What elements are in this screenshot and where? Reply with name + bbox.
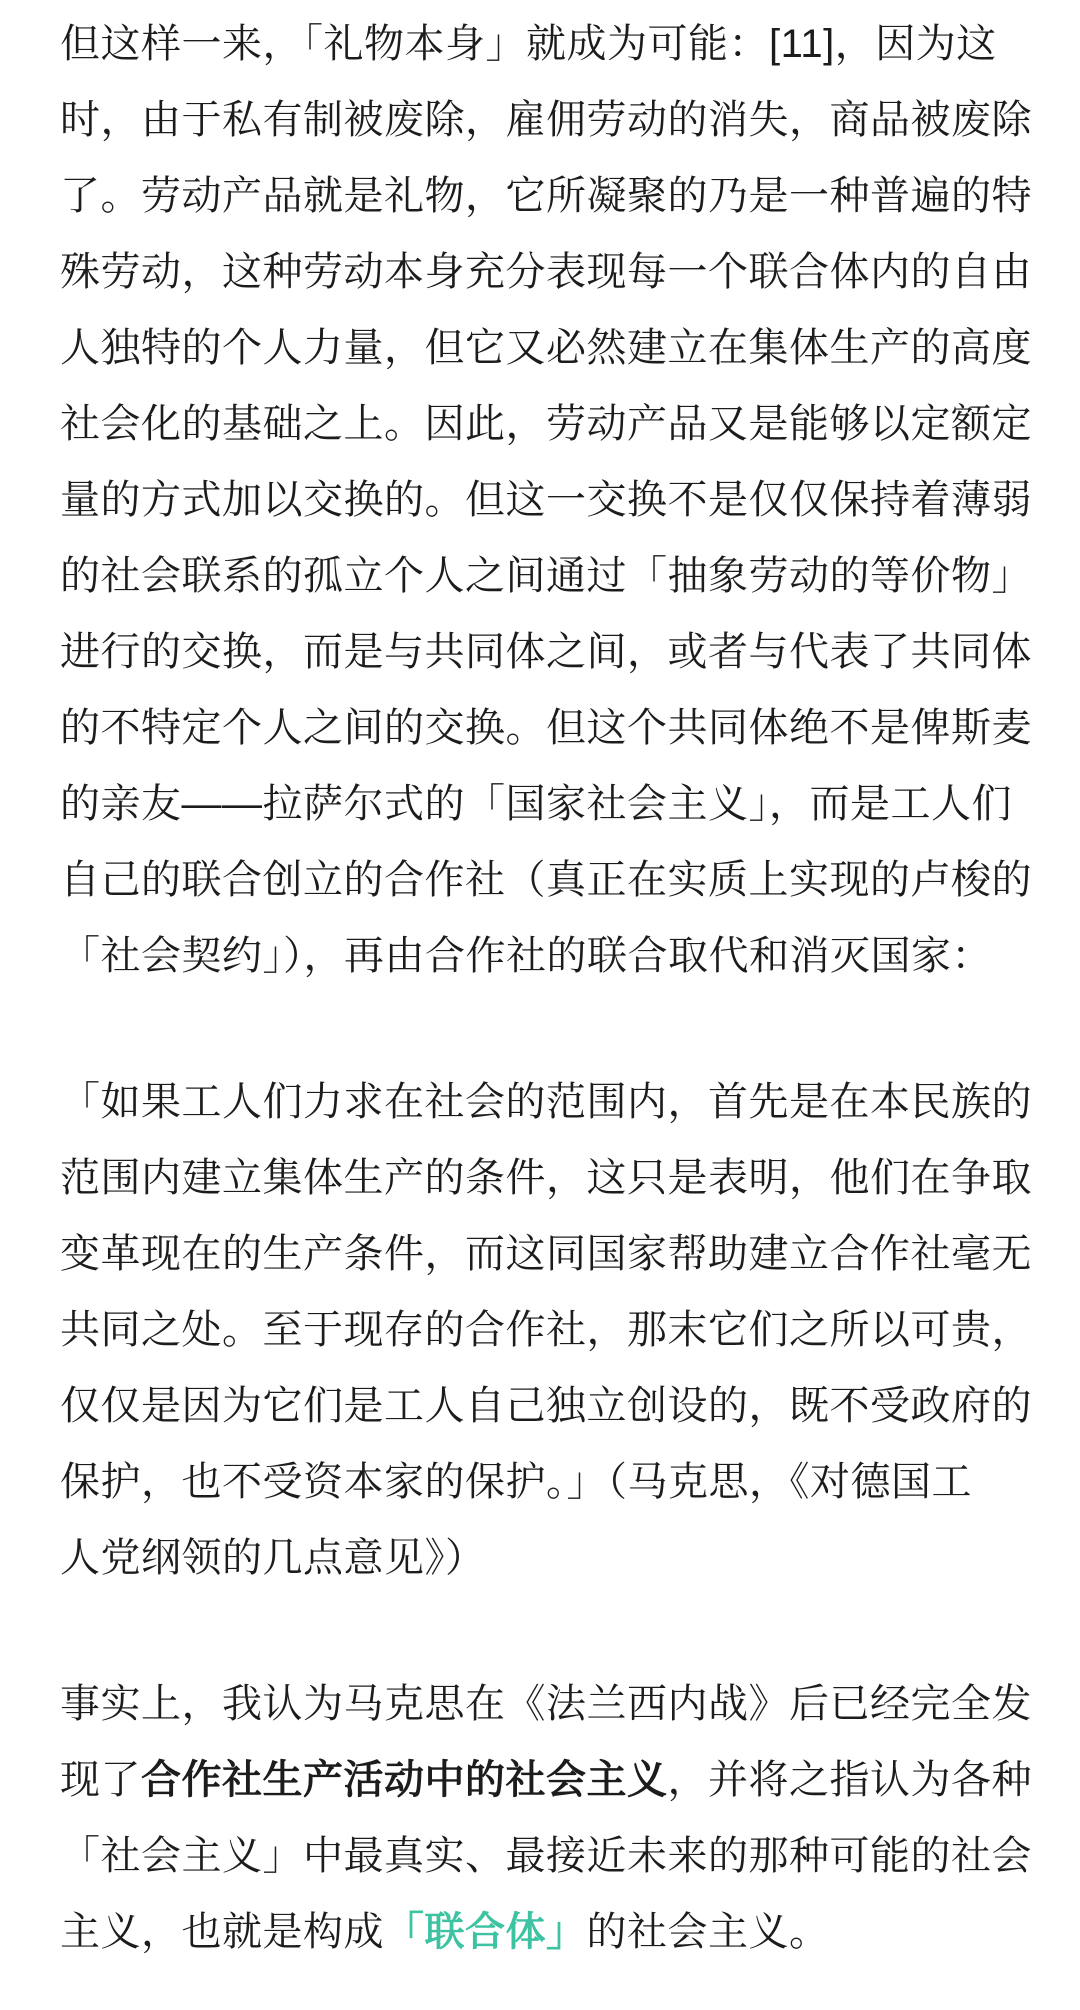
text-line: 范围内建立集体生产的条件，这只是表明，他们在争取 [60, 1140, 1024, 1216]
text-line: 的社会联系的孤立个人之间通过「抽象劳动的等价物」 [60, 538, 1024, 614]
body-text: 进行的交换，而是与共同体之间，或者与代表了共同体 [60, 630, 1032, 674]
body-text: 「社会主义」中最真实、最接近未来的那种可能的社会 [60, 1834, 1032, 1878]
body-text: 主义，也就是构成 [60, 1910, 384, 1954]
text-line: 「社会契约」），再由合作社的联合取代和消灭国家： [60, 918, 1024, 994]
body-text: 但这样一来，「礼物本身」就成为可能：[11]，因为这 [60, 22, 997, 66]
body-text: 的亲友——拉萨尔式的「国家社会主义」，而是工人们 [60, 782, 1012, 826]
body-text: 事实上，我认为马克思在《法兰西内战》后已经完全发 [60, 1682, 1032, 1726]
text-line: 殊劳动，这种劳动本身充分表现每一个联合体内的自由 [60, 234, 1024, 310]
text-line: 仅仅是因为它们是工人自己独立创设的，既不受政府的 [60, 1368, 1024, 1444]
article-page: 但这样一来，「礼物本身」就成为可能：[11]，因为这时，由于私有制被废除，雇佣劳… [0, 0, 1080, 2010]
article-body: 但这样一来，「礼物本身」就成为可能：[11]，因为这时，由于私有制被废除，雇佣劳… [0, 0, 1080, 1970]
text-line: 了。劳动产品就是礼物，它所凝聚的乃是一种普遍的特 [60, 158, 1024, 234]
body-text: 自己的联合创立的合作社（真正在实质上实现的卢梭的 [60, 858, 1032, 902]
body-text: 人党纲领的几点意见》） [60, 1536, 486, 1580]
text-line: 主义，也就是构成「联合体」的社会主义。 [60, 1894, 1024, 1970]
text-line: 变革现在的生产条件，而这同国家帮助建立合作社毫无 [60, 1216, 1024, 1292]
body-text: 时，由于私有制被废除，雇佣劳动的消失，商品被废除 [60, 98, 1032, 142]
body-text: 了。劳动产品就是礼物，它所凝聚的乃是一种普遍的特 [60, 174, 1032, 218]
body-text: 仅仅是因为它们是工人自己独立创设的，既不受政府的 [60, 1384, 1032, 1428]
body-text: 「如果工人们力求在社会的范围内，首先是在本民族的 [60, 1080, 1032, 1124]
text-line: 社会化的基础之上。因此，劳动产品又是能够以定额定 [60, 386, 1024, 462]
body-text: 的不特定个人之间的交换。但这个共同体绝不是俾斯麦 [60, 706, 1032, 750]
paragraph-conclusion: 事实上，我认为马克思在《法兰西内战》后已经完全发现了合作社生产活动中的社会主义，… [60, 1666, 1024, 1970]
body-text: 的社会主义。 [587, 1910, 830, 1954]
text-line: 事实上，我认为马克思在《法兰西内战》后已经完全发 [60, 1666, 1024, 1742]
text-line: 人独特的个人力量，但它又必然建立在集体生产的高度 [60, 310, 1024, 386]
text-line: 但这样一来，「礼物本身」就成为可能：[11]，因为这 [60, 6, 1024, 82]
text-line: 量的方式加以交换的。但这一交换不是仅仅保持着薄弱 [60, 462, 1024, 538]
body-text: 现了 [60, 1758, 141, 1802]
body-text: 人独特的个人力量，但它又必然建立在集体生产的高度 [60, 326, 1032, 370]
text-line: 的亲友——拉萨尔式的「国家社会主义」，而是工人们 [60, 766, 1024, 842]
text-line: 「社会主义」中最真实、最接近未来的那种可能的社会 [60, 1818, 1024, 1894]
body-text: 范围内建立集体生产的条件，这只是表明，他们在争取 [60, 1156, 1032, 1200]
text-line: 进行的交换，而是与共同体之间，或者与代表了共同体 [60, 614, 1024, 690]
body-text: ，并将之指认为各种 [668, 1758, 1033, 1802]
text-line: 时，由于私有制被废除，雇佣劳动的消失，商品被废除 [60, 82, 1024, 158]
body-text: 变革现在的生产条件，而这同国家帮助建立合作社毫无 [60, 1232, 1032, 1276]
text-line: 自己的联合创立的合作社（真正在实质上实现的卢梭的 [60, 842, 1024, 918]
paragraph-marx-quote: 「如果工人们力求在社会的范围内，首先是在本民族的范围内建立集体生产的条件，这只是… [60, 1064, 1024, 1596]
body-text: 量的方式加以交换的。但这一交换不是仅仅保持着薄弱 [60, 478, 1032, 522]
text-line: 保护，也不受资本家的保护。」（马克思，《对德国工 [60, 1444, 1024, 1520]
body-text: 「社会契约」），再由合作社的联合取代和消灭国家： [60, 934, 992, 978]
text-line: 人党纲领的几点意见》） [60, 1520, 1024, 1596]
inline-link-lianheti[interactable]: 「联合体」 [384, 1910, 587, 1954]
body-text: 保护，也不受资本家的保护。」（马克思，《对德国工 [60, 1460, 972, 1504]
body-text: 殊劳动，这种劳动本身充分表现每一个联合体内的自由 [60, 250, 1032, 294]
body-text: 共同之处。至于现存的合作社，那末它们之所以可贵， [60, 1308, 1032, 1352]
text-line: 现了合作社生产活动中的社会主义，并将之指认为各种 [60, 1742, 1024, 1818]
emphasis-text: 合作社生产活动中的社会主义 [141, 1758, 668, 1802]
text-line: 「如果工人们力求在社会的范围内，首先是在本民族的 [60, 1064, 1024, 1140]
text-line: 共同之处。至于现存的合作社，那末它们之所以可贵， [60, 1292, 1024, 1368]
body-text: 的社会联系的孤立个人之间通过「抽象劳动的等价物」 [60, 554, 1032, 598]
text-line: 的不特定个人之间的交换。但这个共同体绝不是俾斯麦 [60, 690, 1024, 766]
body-text: 社会化的基础之上。因此，劳动产品又是能够以定额定 [60, 402, 1032, 446]
paragraph-gift-labor: 但这样一来，「礼物本身」就成为可能：[11]，因为这时，由于私有制被废除，雇佣劳… [60, 6, 1024, 994]
